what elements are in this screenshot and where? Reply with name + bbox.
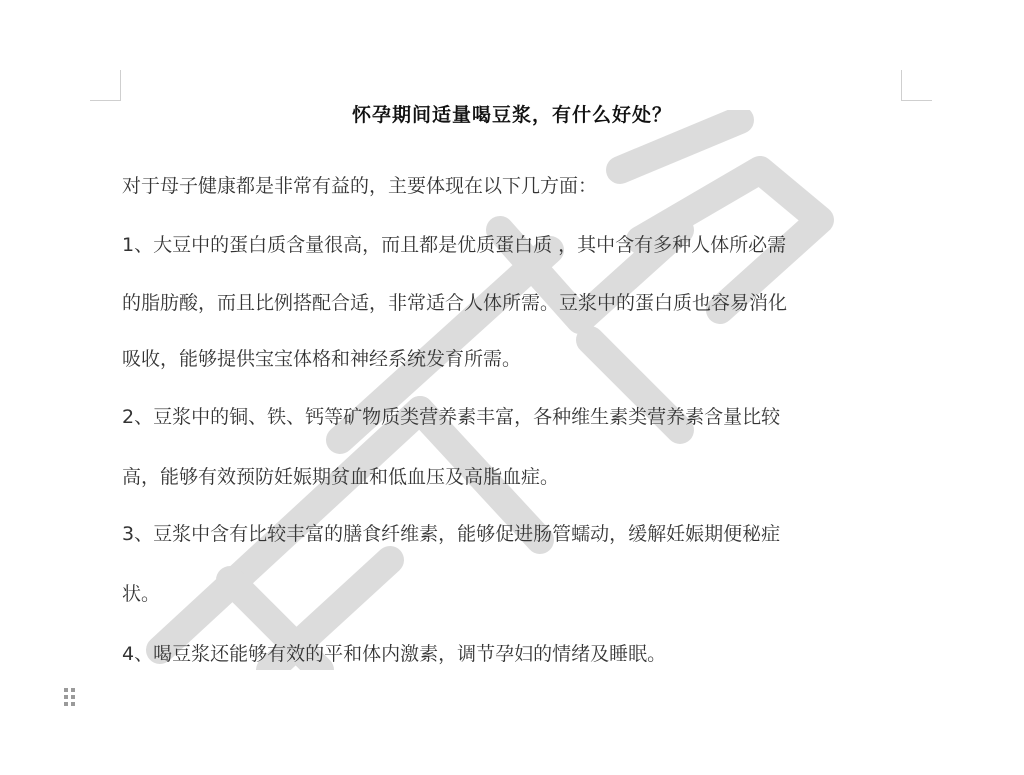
paragraph-line: 4、喝豆浆还能够有效的平和体内激素，调节孕妇的情绪及睡眠。 [122, 640, 912, 669]
paragraph-line: 3、豆浆中含有比较丰富的膳食纤维素，能够促进肠管蠕动，缓解妊娠期便秘症 [122, 520, 912, 549]
document-page: 怀孕期间适量喝豆浆，有什么好处？ 对于母子健康都是非常有益的，主要体现在以下几方… [0, 0, 1024, 775]
paragraph-line: 状。 [122, 580, 912, 609]
paragraph-line: 高，能够有效预防妊娠期贫血和低血压及高脂血症。 [122, 463, 912, 492]
drag-handle-icon[interactable] [64, 688, 76, 706]
paragraph-intro: 对于母子健康都是非常有益的，主要体现在以下几方面： [122, 172, 912, 201]
paragraph-line: 的脂肪酸，而且比例搭配合适，非常适合人体所需。豆浆中的蛋白质也容易消化 [122, 289, 912, 318]
paragraph-line: 吸收，能够提供宝宝体格和神经系统发育所需。 [122, 345, 912, 374]
paragraph-line: 2、豆浆中的铜、铁、钙等矿物质类营养素丰富，各种维生素类营养素含量比较 [122, 403, 912, 432]
document-title: 怀孕期间适量喝豆浆，有什么好处？ [0, 100, 1024, 127]
page-margin-corner-top-left [90, 70, 121, 101]
paragraph-line: 1、大豆中的蛋白质含量很高，而且都是优质蛋白质 ，其中含有多种人体所必需 [122, 231, 912, 260]
page-margin-corner-top-right [901, 70, 932, 101]
